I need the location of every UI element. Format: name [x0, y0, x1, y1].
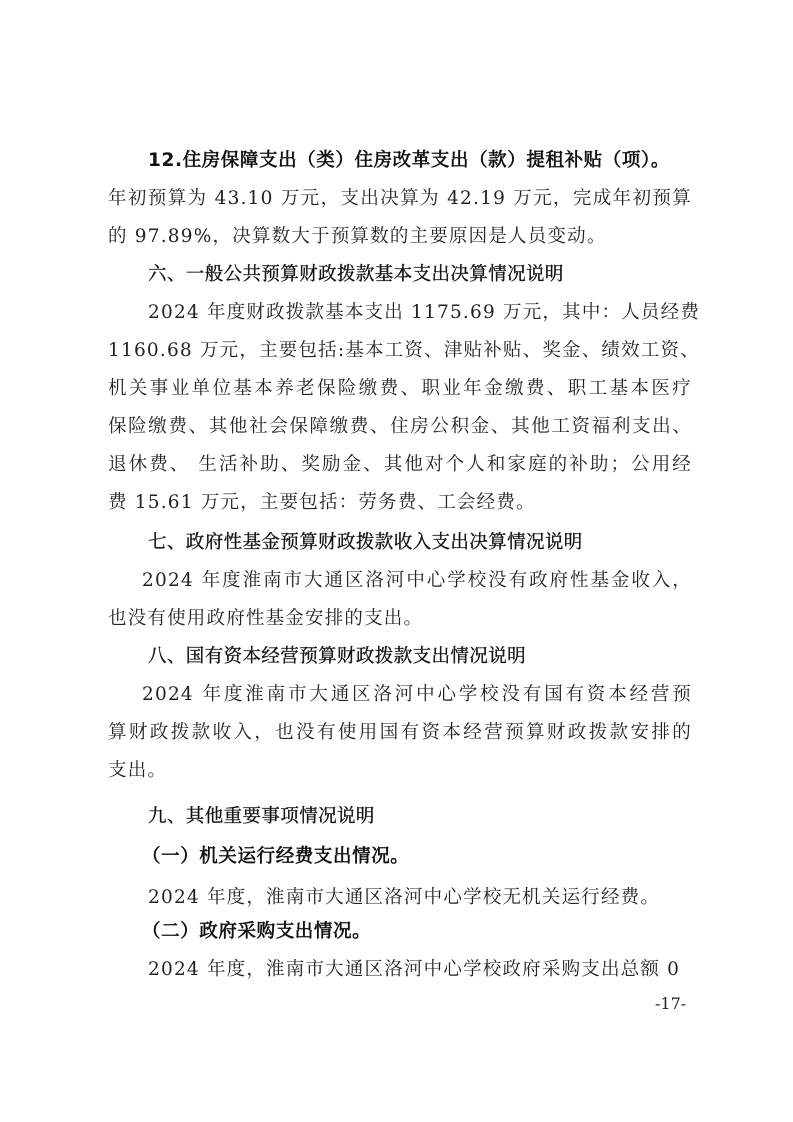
document-page: 12.住房保障支出（类）住房改革支出（款）提租补贴（项）。 年初预算为 43.1… [0, 0, 793, 1122]
section-8-line-1: 2024 年度淮南市大通区洛河中心学校没有国有资本经营预 [142, 683, 692, 707]
section-9-heading: 九、其他重要事项情况说明 [148, 805, 692, 829]
section-6-line-1: 2024 年度财政拨款基本支出 1175.69 万元，其中：人员经费 [148, 301, 692, 325]
section-6-line-2: 1160.68 万元，主要包括:基本工资、津贴补贴、奖金、绩效工资、 [108, 339, 692, 363]
item-12-line-2: 的 97.89%，决算数大于预算数的主要原因是人员变动。 [108, 225, 692, 249]
section-8-line-2: 算财政拨款收入，也没有使用国有资本经营预算财政拨款安排的 [108, 721, 692, 745]
section-8-line-3: 支出。 [108, 759, 692, 783]
section-7-heading: 七、政府性基金预算财政拨款收入支出决算情况说明 [148, 531, 692, 555]
section-9-sub-2-title: （二）政府采购支出情况。 [142, 920, 692, 944]
item-12-line-1: 年初预算为 43.10 万元，支出决算为 42.19 万元，完成年初预算 [108, 187, 692, 211]
item-12-title: 12.住房保障支出（类）住房改革支出（款）提租补贴（项）。 [148, 149, 692, 173]
section-7-line-2: 也没有使用政府性基金安排的支出。 [108, 607, 692, 631]
section-6-line-4: 保险缴费、其他社会保障缴费、住房公积金、其他工资福利支出、 [108, 415, 692, 439]
section-6-line-6: 费 15.61 万元，主要包括：劳务费、工会经费。 [108, 491, 692, 515]
page-number: -17- [655, 994, 686, 1013]
section-8-heading: 八、国有资本经营预算财政拨款支出情况说明 [148, 645, 692, 669]
section-9-sub-1-title: （一）机关运行经费支出情况。 [142, 845, 692, 869]
section-7-line-1: 2024 年度淮南市大通区洛河中心学校没有政府性基金收入， [142, 569, 692, 593]
section-6-heading: 六、一般公共预算财政拨款基本支出决算情况说明 [148, 263, 692, 287]
section-9-sub-1-line-1: 2024 年度，淮南市大通区洛河中心学校无机关运行经费。 [148, 886, 692, 910]
section-6-line-5: 退休费、 生活补助、奖励金、其他对个人和家庭的补助；公用经 [108, 453, 692, 477]
section-9-sub-2-line-1: 2024 年度，淮南市大通区洛河中心学校政府采购支出总额 0 [148, 958, 692, 982]
section-6-line-3: 机关事业单位基本养老保险缴费、职业年金缴费、职工基本医疗 [108, 377, 692, 401]
